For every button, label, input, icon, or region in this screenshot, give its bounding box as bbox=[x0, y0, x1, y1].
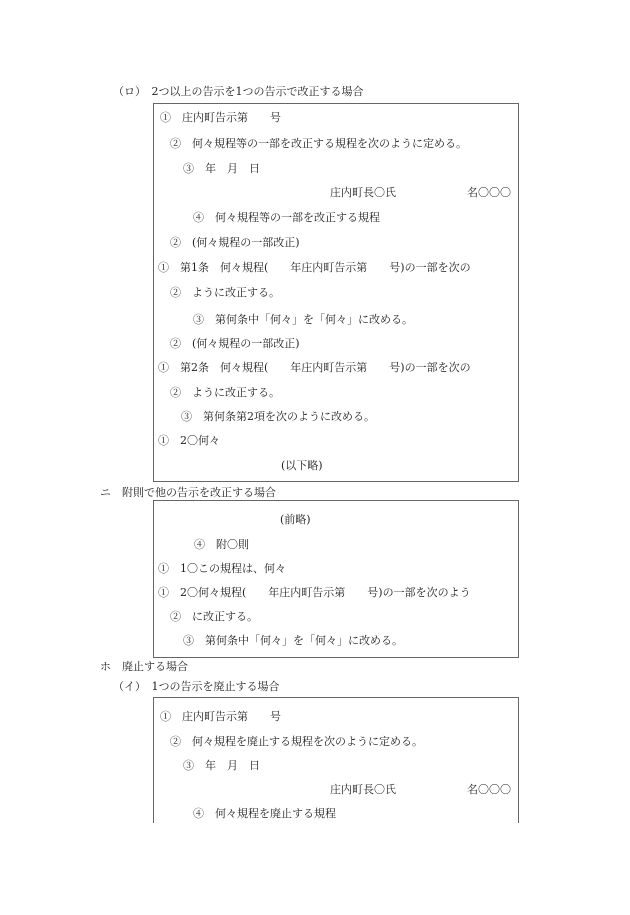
box3-mayor-title: 庄内町長〇氏 bbox=[330, 783, 396, 797]
box3-line-5: ④ 何々規程を廃止する規程 bbox=[193, 807, 336, 821]
box3-line-2: ② 何々規程を廃止する規程を次のように定める。 bbox=[170, 735, 423, 749]
box2-line-3: ① 1〇この規程は、何々 bbox=[158, 562, 286, 576]
box2-line-6: ③ 第何条中「何々」を「何々」に改める。 bbox=[183, 634, 403, 648]
box1-line-12: ② ように改正する。 bbox=[170, 386, 280, 400]
box2-line-1: (前略) bbox=[280, 513, 311, 527]
box2-line-5: ② に改正する。 bbox=[170, 610, 258, 624]
box3-mayor-name: 名〇〇〇 bbox=[467, 783, 511, 797]
heading-ho: ホ 廃止する場合 bbox=[100, 660, 188, 674]
heading-ni: ニ 附則で他の告示を改正する場合 bbox=[100, 486, 276, 500]
box1-line-3: ③ 年 月 日 bbox=[183, 162, 260, 176]
box1-line-1: ① 庄内町告示第 号 bbox=[160, 111, 281, 125]
box1-line-14: ① 2〇何々 bbox=[158, 434, 220, 448]
box2-line-2: ④ 附〇則 bbox=[194, 538, 249, 552]
box2-line-4: ① 2〇何々規程( 年庄内町告示第 号)の一部を次のよう bbox=[158, 586, 471, 600]
box1-line-6: ② (何々規程の一部改正) bbox=[170, 236, 300, 250]
box1-line-7: ① 第1条 何々規程( 年庄内町告示第 号)の一部を次の bbox=[158, 261, 471, 275]
box1-line-8: ② ように改正する。 bbox=[170, 286, 280, 300]
box1-mayor-title: 庄内町長〇氏 bbox=[330, 186, 396, 200]
box3-line-1: ① 庄内町告示第 号 bbox=[160, 710, 281, 724]
box1-line-2: ② 何々規程等の一部を改正する規程を次のように定める。 bbox=[170, 137, 467, 151]
box1-line-9: ③ 第何条中「何々」を「何々」に改める。 bbox=[193, 313, 413, 327]
heading-ro: （ロ） 2つ以上の告示を1つの告示で改正する場合 bbox=[113, 85, 364, 99]
box1-line-11: ① 第2条 何々規程( 年庄内町告示第 号)の一部を次の bbox=[158, 361, 471, 375]
box1-line-15: (以下略) bbox=[281, 459, 323, 473]
box1-line-13: ③ 第何条第2項を次のように改める。 bbox=[181, 410, 375, 424]
box1-line-10: ② (何々規程の一部改正) bbox=[170, 337, 300, 351]
box1-line-5: ④ 何々規程等の一部を改正する規程 bbox=[193, 211, 380, 225]
heading-i: （イ） 1つの告示を廃止する場合 bbox=[113, 680, 280, 694]
box1-mayor-name: 名〇〇〇 bbox=[467, 186, 511, 200]
box3-line-3: ③ 年 月 日 bbox=[183, 759, 260, 773]
